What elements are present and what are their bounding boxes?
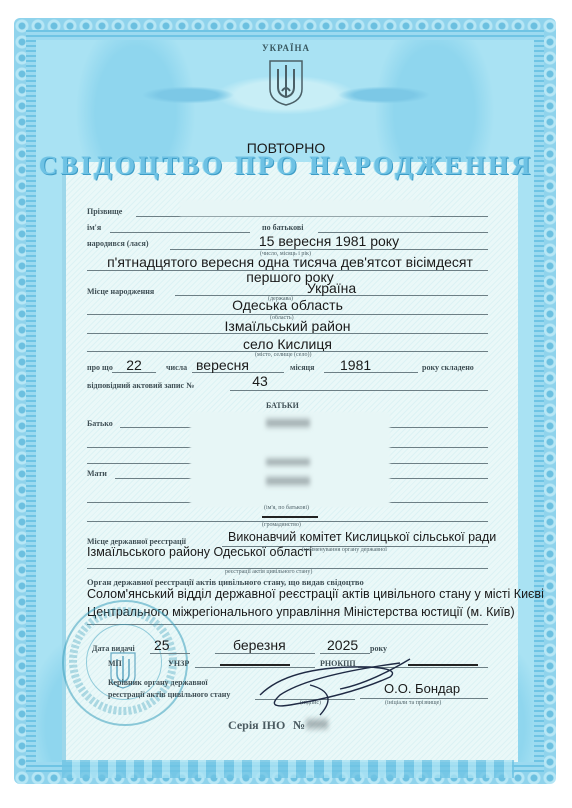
surname-label: Прізвище <box>87 207 122 216</box>
blurred-certificate-number <box>306 716 328 732</box>
surname-line <box>136 216 488 217</box>
registration-caption-a: (найменування органу державної <box>302 547 387 553</box>
act-record-label: відповідний актовий запис № <box>87 381 194 390</box>
series-value: ІНО <box>262 718 285 733</box>
issue-month-line <box>215 653 315 654</box>
birth-settlement: село Кислиця <box>87 336 488 352</box>
father-label: Батько <box>87 419 113 428</box>
issue-year: 2025 <box>327 637 358 653</box>
birth-region: Одеська область <box>87 297 488 313</box>
blurred-father-name <box>266 416 310 430</box>
birth-date-line <box>170 249 488 250</box>
month-label: місяця <box>290 363 315 372</box>
head-label-2: реєстрації актів цивільного стану <box>108 690 230 699</box>
record-prefix: про що <box>87 363 113 372</box>
birth-date-words: п'ятнадцятого вересня одна тисяча дев'ят… <box>70 254 510 270</box>
act-number-line <box>230 390 488 391</box>
citizenship-caption: (громадянство) <box>262 522 301 528</box>
issue-date-label: Дата видачі <box>92 644 135 653</box>
registration-caption-b: реєстрації актів цивільного стану) <box>225 569 312 575</box>
redacted-surname <box>180 200 430 216</box>
issuer-label: Орган державної реєстрації актів цивільн… <box>87 577 364 587</box>
series-label: Серія <box>228 718 259 733</box>
registration-line-1: Виконавчий комітет Кислицької сільської … <box>228 530 496 544</box>
born-label: народився (лася) <box>87 239 148 248</box>
issue-year-label: року <box>370 644 387 653</box>
record-year: 1981 <box>340 357 371 373</box>
settlement-caption: (місто, селище (село)) <box>255 352 311 358</box>
issue-year-line <box>320 653 370 654</box>
day-label: числа <box>166 363 187 372</box>
record-day: 22 <box>112 357 156 373</box>
bottom-ornament <box>62 760 514 778</box>
registration-line-2: Ізмаїльського району Одеської області <box>87 545 312 559</box>
parent-name-caption: (ім'я, по батькові) <box>264 505 309 511</box>
birth-date-value: 15 вересня 1981 року <box>170 233 488 249</box>
act-number: 43 <box>230 373 290 389</box>
birthplace-label: Місце народження <box>87 287 154 296</box>
birth-district: Ізмаїльський район <box>87 318 488 334</box>
issue-day-line <box>150 653 190 654</box>
patronymic-label: по батькові <box>262 223 303 232</box>
issue-month: березня <box>233 637 286 653</box>
birth-certificate: УКРАЇНА ПОВТОРНО СВІДОЦТВО ПРО НАРОДЖЕНН… <box>0 0 572 808</box>
district-line <box>87 333 488 334</box>
blurred-father-citizenship <box>266 456 310 468</box>
trident-coat-of-arms-icon <box>266 57 306 107</box>
unzr-label: УНЗР <box>168 659 189 668</box>
number-label: № <box>293 718 305 733</box>
issuer-line-1: Солом'янський відділ державної реєстраці… <box>87 587 544 601</box>
handwritten-signature <box>250 655 420 725</box>
birth-country: Україна <box>175 280 488 296</box>
country-label: УКРАЇНА <box>0 43 572 53</box>
mp-label: МП <box>108 659 122 668</box>
mother-label: Мати <box>87 469 107 478</box>
document-title: СВІДОЦТВО ПРО НАРОДЖЕННЯ <box>0 151 572 181</box>
head-label-1: Керівник органу державної <box>108 678 208 687</box>
issue-day: 25 <box>154 637 170 653</box>
record-month: вересня <box>196 357 249 373</box>
blurred-mother-name <box>266 474 310 488</box>
year-label: року складено <box>422 363 474 372</box>
name-label: ім'я <box>87 223 101 232</box>
parents-underline <box>262 516 318 518</box>
parents-heading: БАТЬКИ <box>266 401 299 410</box>
